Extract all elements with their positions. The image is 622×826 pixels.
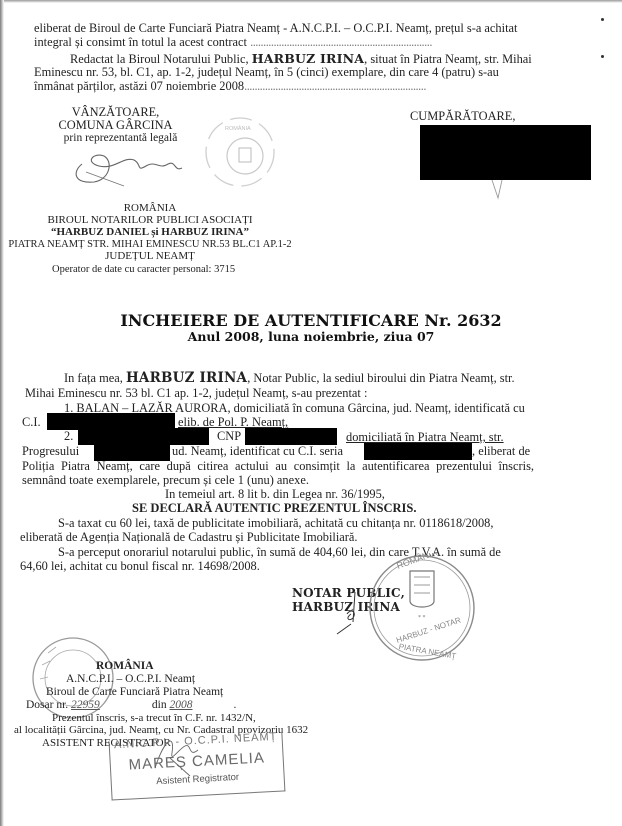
registry-office: Biroul de Carte Funciară Piatra Neamț <box>46 686 223 699</box>
opening-line-2: integral și consimt în totul la acest co… <box>34 36 432 49</box>
dotted-filler: ........................................… <box>250 35 432 49</box>
opening-line-2-text: integral și consimt în totul la acest co… <box>34 35 247 49</box>
body-p5: Poliția Piatra Neamț, care după citirea … <box>22 460 534 473</box>
dosar-value: 22959 <box>71 699 149 712</box>
din-label: din <box>152 699 167 711</box>
body-p1-line2: Mihai Eminescu nr. 53 bl. C1 ap. 1-2, ju… <box>25 387 367 400</box>
tax-line-2: eliberată de Agenția Națională de Cadast… <box>20 531 358 544</box>
body-p4-b: ud. Neamț, identificat cu C.I. seria <box>172 445 343 458</box>
conclusion-subtitle: Anul 2008, luna noiembrie, ziua 07 <box>0 329 622 344</box>
registry-agency: A.N.C.P.I. – O.C.P.I. Neamț <box>66 673 195 686</box>
p1-suffix: , Notar Public, la sediul biroului din P… <box>247 371 514 385</box>
redactat-suffix: , situat în Piatra Neamț, str. Mihai <box>364 52 532 66</box>
opening-line-1: eliberat de Biroul de Carte Funciară Pia… <box>34 22 517 35</box>
declaration: SE DECLARĂ AUTENTIC PREZENTUL ÎNSCRIS. <box>132 502 416 515</box>
buyer-signature-tail-icon <box>490 180 510 200</box>
opening-line-5: înmânat părților, astăzi 07 noiembrie 20… <box>34 80 426 93</box>
redacted-buyer-signature <box>420 125 591 180</box>
p3-dom-text: domiciliată în Piatra Neamț, str. <box>346 430 504 444</box>
notary-seal-icon: * * ROMÂNIA HARBUZ - NOTAR PIATRA NEAMȚ <box>362 553 482 663</box>
office-operator: Operator de date cu caracter personal: 3… <box>52 263 235 276</box>
redactat-prefix: Redactat la Biroul Notarului Public, <box>70 52 249 66</box>
opening-line-5-text: înmânat părților, astăzi 07 noiembrie 20… <box>34 79 244 93</box>
scan-edge-top <box>0 0 622 3</box>
registrar-signature-icon <box>150 728 210 778</box>
p1-notary-name: HARBUZ IRINA <box>126 370 247 386</box>
svg-text:* *: * * <box>418 615 426 621</box>
seller-signature-icon <box>64 142 194 192</box>
tax-line-1: S-a taxat cu 60 lei, taxă de publicitate… <box>58 517 493 530</box>
scan-edge-left <box>0 0 4 826</box>
din-value: 2008 <box>170 699 234 712</box>
registry-dosar: Dosar nr. 22959 din 2008. <box>26 699 236 712</box>
body-p3-cnp: CNP <box>217 430 241 443</box>
seller-name: COMUNA GÂRCINA <box>58 119 173 132</box>
seller-stamp-icon: ROMÂNIA <box>195 112 285 192</box>
svg-text:ROMÂNIA: ROMÂNIA <box>395 553 438 571</box>
legal-basis: In temeiul art. 8 lit b. din Legea nr. 3… <box>165 488 385 501</box>
body-p4-c: , eliberat de <box>472 445 530 458</box>
opening-line-4: Eminescu nr. 53, bl. C1, ap. 1-2, județu… <box>34 66 499 79</box>
scan-speck <box>601 18 604 21</box>
svg-text:HARBUZ - NOTAR: HARBUZ - NOTAR <box>395 615 462 644</box>
body-p2-ci: C.I. <box>22 416 41 429</box>
scan-speck <box>601 55 604 58</box>
redacted-cnp <box>245 428 337 445</box>
dosar-label: Dosar nr. <box>26 699 68 711</box>
fee-line-2: 64,60 lei, achitat cu bonul fiscal nr. 1… <box>20 560 260 573</box>
body-p1-line1: In fața mea, HARBUZ IRINA, Notar Public,… <box>64 372 515 385</box>
dotted-filler: ........................................… <box>244 79 426 93</box>
body-p6: semnând toate exemplarele, precum și cel… <box>22 474 309 487</box>
conclusion-title: INCHEIERE DE AUTENTIFICARE Nr. 2632 <box>0 311 622 330</box>
redacted-ci-2 <box>364 443 472 460</box>
notary-name-bold: HARBUZ IRINA <box>252 51 364 66</box>
buyer-title: CUMPĂRĂTOARE, <box>410 110 515 123</box>
office-county: JUDEȚUL NEAMȚ <box>0 250 300 263</box>
body-p3-num: 2. <box>64 430 73 443</box>
p1-prefix: In fața mea, <box>64 371 123 385</box>
body-p4-a: Progresului <box>22 445 79 458</box>
svg-text:ROMÂNIA: ROMÂNIA <box>225 125 251 132</box>
registry-country: ROMÂNIA <box>96 660 154 673</box>
opening-line-3: Redactat la Biroul Notarului Public, HAR… <box>70 52 532 66</box>
